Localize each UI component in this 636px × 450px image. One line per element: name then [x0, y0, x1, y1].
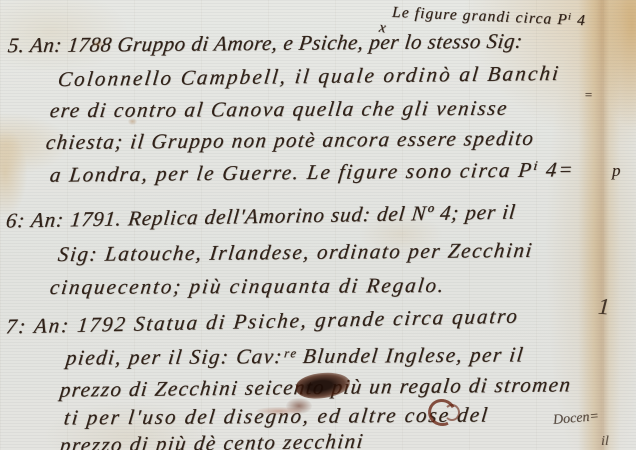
- manuscript-line-entry7-5: prezzo di più dè cento zecchini: [59, 431, 365, 450]
- interlinear-note: Le figure grandi circa Pⁱ 4: [392, 5, 586, 29]
- manuscript-line-entry5-2: Colonnello Campbell, il quale ordinò al …: [57, 63, 562, 90]
- manuscript-line-entry6-1: 6: An: 1791. Replica dell'Amorino sud: d…: [5, 202, 517, 232]
- page-edge-ink-fragment: p: [612, 161, 621, 181]
- manuscript-page: x Le figure grandi circa Pⁱ 4 5. An: 178…: [0, 0, 636, 450]
- manuscript-line-entry6-3: cinquecento; più cinquanta di Regalo.: [49, 275, 447, 298]
- manuscript-line-entry7-3: prezzo di Zecchini seicento più un regal…: [59, 374, 573, 400]
- manuscript-line-entry7-4: ti per l'uso del disegno, ed altre cose …: [63, 405, 490, 429]
- bleedthrough-word: Docen=: [552, 409, 599, 429]
- manuscript-line-entry7-2: piedi, per il Sig: Cav:ʳᵉ Blundel Ingles…: [65, 344, 526, 368]
- bleedthrough-word-2: il: [601, 434, 609, 450]
- manuscript-line-entry5-1: 5. An: 1788 Gruppo di Amore, e Psiche, p…: [7, 31, 524, 57]
- manuscript-line-entry7-1: 7: An: 1792 Statua di Psiche, grande cir…: [5, 306, 520, 338]
- page-edge-ink-stroke: 1: [597, 294, 610, 321]
- manuscript-line-entry5-5: a Londra, per le Guerre. Le figure sono …: [49, 159, 576, 186]
- manuscript-line-entry6-2: Sig: Latouche, Irlandese, ordinato per Z…: [57, 240, 535, 265]
- corner-stain: [596, 0, 636, 130]
- manuscript-line-entry5-4: chiesta; il Gruppo non potè ancora esser…: [45, 128, 536, 153]
- edge-stain: [0, 128, 28, 218]
- manuscript-line-entry5-3: ere di contro al Canova quella che gli v…: [49, 98, 510, 121]
- hyphen-mark: =: [584, 87, 593, 103]
